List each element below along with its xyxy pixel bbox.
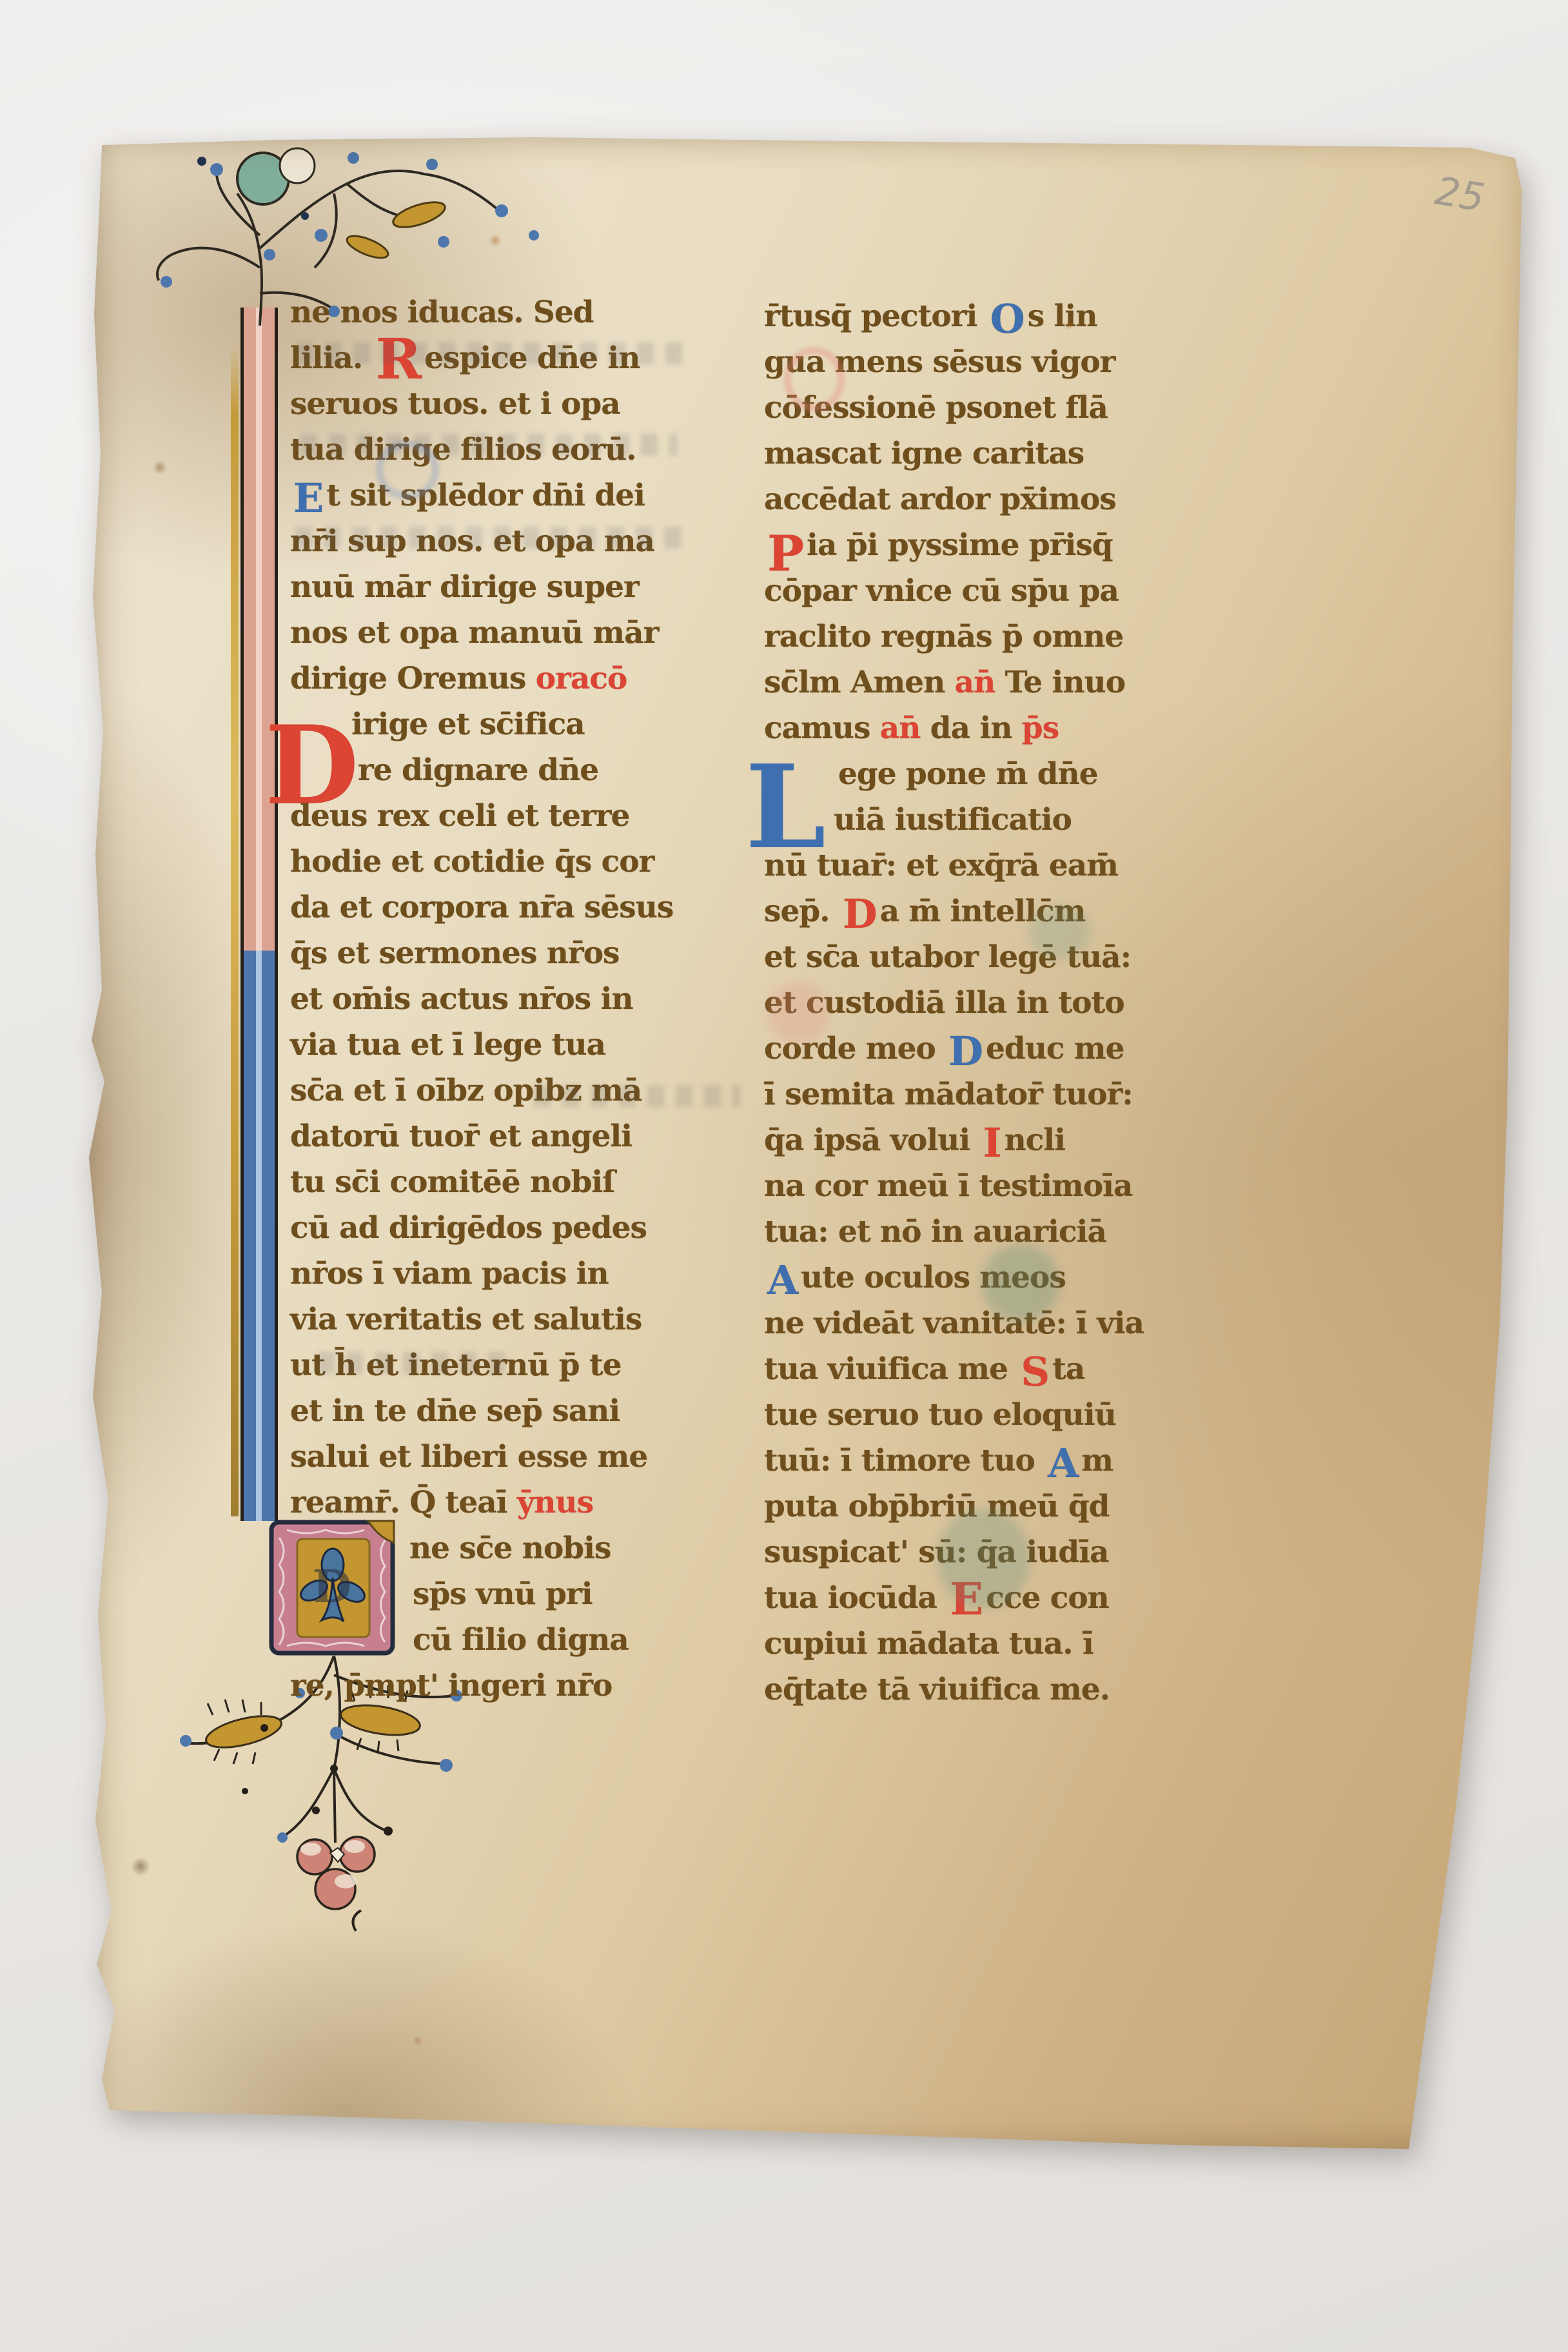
text-line: ne nos iducas. Sed	[290, 295, 721, 340]
manuscript-leaf: D	[83, 132, 1533, 2160]
text-line: et custodiā illa in toto	[764, 985, 1219, 1031]
text-line: sc̄lm Amen an̄ Te inuo	[764, 665, 1219, 710]
text-line: Et sit splēdor dn̄i dei	[290, 478, 721, 524]
text-line: re, p̄mpt' ingeri nr̄o	[290, 1668, 721, 1714]
text-line: tu sc̄i comitēē nobiſ	[290, 1164, 721, 1210]
ink-offset-ghost	[534, 1085, 740, 1107]
text-line: deus rex celi et terre	[290, 798, 721, 844]
gold-filler-strip	[231, 343, 239, 1516]
ink-offset-ghost	[300, 434, 678, 456]
text-line: na cor meū ī testimoīa	[764, 1168, 1219, 1214]
text-line: et om̄is actus nr̄os in	[290, 981, 721, 1027]
text-line: cupiui mādata tua. ī	[764, 1626, 1219, 1672]
text-line: seruos tuos. et i opa	[290, 386, 721, 432]
text-line: tua viuifica me Sta	[764, 1351, 1219, 1397]
pigment-smudge-teal	[1029, 905, 1090, 959]
text-line: da et corpora nr̄a sēsus	[290, 890, 721, 936]
text-line: via veritatis et salutis	[290, 1302, 721, 1347]
bar-highlight-stripe	[256, 308, 262, 1521]
text-line: reamr̄. Q̄ teaī ȳnus	[290, 1485, 721, 1531]
text-line: corde meo Deduc me	[764, 1031, 1219, 1077]
text-line: nuū mār dirige super	[290, 569, 721, 615]
text-line: raclito regnās p̄ omne	[764, 619, 1219, 665]
text-line: mascat igne caritas	[764, 436, 1219, 482]
text-line: eq̄tate tā viuifica me.	[764, 1672, 1219, 1718]
text-line: cōpar vnice cū sp̄u pa	[764, 573, 1219, 619]
ink-offset-ghost	[318, 1352, 511, 1374]
text-line: uiā iustificatio	[764, 802, 1219, 848]
text-line: nū tuar̄: et exq̄rā eam̄	[764, 848, 1219, 894]
text-line: Pia p̄i pyssime pr̄isq̄	[764, 527, 1219, 573]
text-line: tua: et nō in auariciā	[764, 1214, 1219, 1260]
text-line: ege pone m̄ dn̄e	[764, 756, 1219, 802]
text-line: dirige Oremus oracō	[290, 661, 721, 707]
text-line: datorū tuor̄ et angeli	[290, 1119, 721, 1164]
text-line: nr̄os ī viam pacis in	[290, 1256, 721, 1302]
photograph-of-manuscript-leaf: D	[0, 0, 1568, 2352]
text-column-left: ne nos iducas. Sedlilia. Respice dn̄e in…	[290, 295, 721, 1714]
pigment-smudge-teal	[937, 1509, 1030, 1609]
text-line: ne videāt vanitatē: ī via	[764, 1306, 1219, 1351]
text-line: re dignare dn̄e	[290, 752, 721, 798]
text-line: q̄a ipsā volui Incli	[764, 1122, 1219, 1168]
leaf-shadow-wrapper: D	[0, 0, 1568, 2352]
text-line: et in te dn̄e sep̄ sani	[290, 1393, 721, 1439]
text-line: hodie et cotidie q̄s cor	[290, 844, 721, 890]
pigment-smudge-pink	[767, 982, 828, 1043]
text-line: tuū: ī timore tuo Am	[764, 1443, 1219, 1489]
border-bar	[240, 308, 278, 1521]
ink-offset-ghost	[295, 527, 682, 549]
text-line: accēdat ardor px̄imos	[764, 482, 1219, 527]
text-line: r̄tusq̄ pectori Os lin	[764, 299, 1219, 344]
text-column-right: r̄tusq̄ pectori Os lingua mens sēsus vig…	[764, 299, 1219, 1718]
text-line: sp̄s vnū pri	[290, 1576, 721, 1622]
pencil-folio-number: 25	[1432, 168, 1487, 220]
text-line: et sc̄a utabor legē tuā:	[764, 939, 1219, 985]
text-line: camus an̄ da in p̄s	[764, 710, 1219, 756]
text-line: cū filio digna	[290, 1622, 721, 1668]
text-line: sep̄. Da m̄ intellc̄m	[764, 894, 1219, 939]
pigment-ghost-ring-pink	[784, 347, 845, 411]
text-line: ī semita mādator̄ tuor̄:	[764, 1077, 1219, 1122]
text-line: nos et opa manuū mār	[290, 615, 721, 661]
text-line: cū ad dirigēdos pedes	[290, 1210, 721, 1256]
text-line: salui et liberi esse me	[290, 1439, 721, 1485]
text-line: via tua et ī lege tua	[290, 1027, 721, 1073]
text-line: q̄s et sermones nr̄os	[290, 936, 721, 981]
ink-offset-ghost	[297, 342, 690, 364]
text-line: irige et sc̄ifica	[290, 707, 721, 752]
text-line: tue seruo tuo eloquiū	[764, 1397, 1219, 1443]
text-line: ne sc̄e nobis	[290, 1531, 721, 1576]
pigment-smudge-teal	[982, 1244, 1059, 1322]
